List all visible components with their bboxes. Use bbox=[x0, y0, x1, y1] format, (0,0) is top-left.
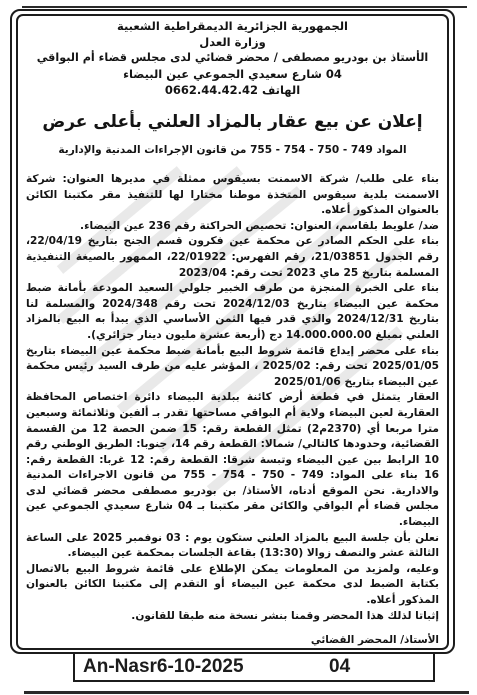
signature: الأستاذ/ المحضر القضائي bbox=[22, 634, 443, 646]
notice-title: إعلان عن بيع عقار بالمزاد العلني بأعلى ع… bbox=[22, 110, 443, 134]
notice-content: الجمهورية الجزائرية الديمقراطية الشعبية … bbox=[22, 18, 443, 646]
office-phone: الهاتف 0662.44.42.42 bbox=[22, 82, 443, 98]
paragraph-judgment: بناء على الحكم الصادر عن محكمة عين فكرون… bbox=[26, 234, 439, 281]
paragraph-information: وعليه، ولمزيد من المعلومات يمكن الإطلاع … bbox=[26, 562, 439, 609]
paragraph-plaintiff: بناء على طلب/ شركة الاسمنت بسيقوس ممثلة … bbox=[26, 172, 439, 219]
paragraph-conditions: بناء على محضر إيداع قائمة شروط البيع بأم… bbox=[26, 344, 439, 391]
paragraph-defendant: ضد/ علويط بلقاسم، العنوان: تحصيص الحراكت… bbox=[26, 219, 439, 235]
paragraph-certification: إثباتا لذلك هذا المحضر وقمنا بنشر نسخة م… bbox=[26, 609, 439, 625]
publication-source: An-Nasr6-10-2025 bbox=[83, 656, 293, 678]
bottom-rule bbox=[24, 691, 469, 694]
ministry-heading: وزارة العدل bbox=[22, 34, 443, 50]
paragraph-expertise: بناء على الخبرة المنجزة من طرف الخبير جل… bbox=[26, 281, 439, 343]
bailiff-heading: الأستاذ بن بودريو مصطفى / محضر قضائي لدى… bbox=[22, 50, 443, 66]
top-rule bbox=[22, 6, 467, 8]
notice-body: بناء على طلب/ شركة الاسمنت بسيقوس ممثلة … bbox=[22, 172, 443, 624]
office-address: 04 شارع سعيدي الجموعي عين البيضاء bbox=[22, 66, 443, 82]
paragraph-property: العقار يتمثل في قطعة أرض كائنة ببلدية ال… bbox=[26, 390, 439, 530]
republic-heading: الجمهورية الجزائرية الديمقراطية الشعبية bbox=[22, 18, 443, 34]
page-number: 04 bbox=[329, 656, 350, 678]
publication-footer: An-Nasr6-10-2025 04 bbox=[73, 652, 435, 682]
paragraph-auction-date: نعلن بأن جلسة البيع بالمزاد العلني ستكون… bbox=[26, 531, 439, 562]
notice-subtitle: المواد 749 - 750 - 754 - 755 من قانون ال… bbox=[22, 142, 443, 158]
